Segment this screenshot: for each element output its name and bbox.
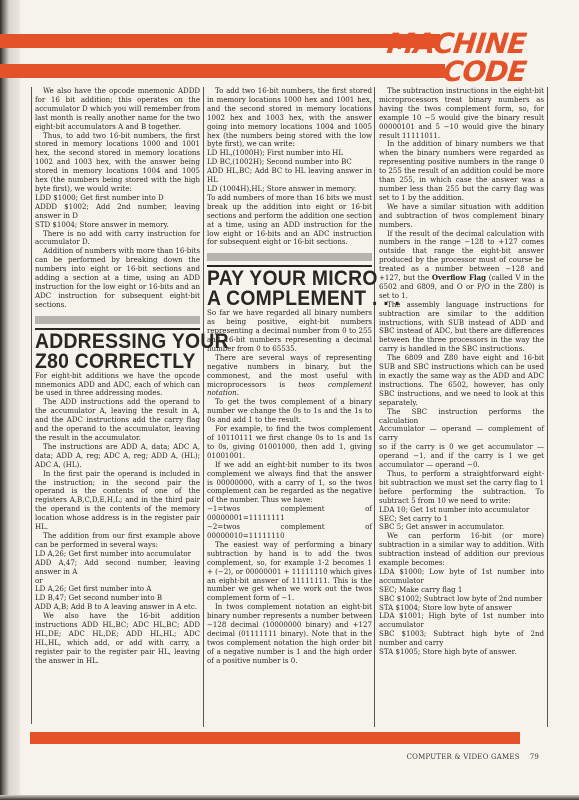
article-column-2: To add two 16-bit numbers, the first sto… — [207, 87, 372, 666]
body-paragraph: To add two 16-bit numbers, the first sto… — [207, 87, 372, 149]
code-line: Accumulator — operand — complement of ca… — [379, 425, 544, 443]
headline-addressing: ADDRESSING YOUR — [35, 332, 187, 352]
body-paragraph: The assembly language instructions for s… — [379, 301, 544, 354]
body-paragraph: Thus, to add two 16-bit numbers, the fir… — [35, 132, 200, 194]
article-column-3: The subtraction instructions in the eigh… — [379, 87, 544, 657]
headline-a-complement: A COMPLEMENT . . . — [207, 289, 359, 309]
headline-grey-bar — [35, 316, 200, 324]
code-line: so if the carry is 0 we get accumulator … — [379, 443, 544, 470]
footer-stripe — [30, 732, 520, 744]
code-line: LDA $1001; High byte of 1st number into … — [379, 612, 544, 630]
magazine-name: COMPUTER & VIDEO GAMES — [407, 753, 520, 761]
body-paragraph: To get the twos complement of a binary n… — [207, 398, 372, 425]
body-paragraph: The addition from our first example abov… — [35, 532, 200, 550]
body-paragraph: In the first pair the operand is include… — [35, 470, 200, 532]
code-line: STA $1005; Store high byte of answer. — [379, 648, 544, 657]
page-footer: COMPUTER & VIDEO GAMES79 — [407, 753, 539, 761]
page-number: 79 — [530, 753, 539, 761]
body-paragraph: The ADD instructions add the operand to … — [35, 398, 200, 443]
page-binding-gutter — [0, 0, 20, 800]
body-paragraph: The easiest way of performing a binary s… — [207, 541, 372, 603]
body-paragraph: We also have the 16-bit addition instruc… — [35, 612, 200, 665]
body-paragraph: Addition of numbers with more than 16-bi… — [35, 247, 200, 309]
body-paragraph: We also have the opcode mnemonic ADDD fo… — [35, 87, 200, 132]
body-paragraph: If the result of the decimal calculation… — [379, 230, 544, 301]
headline-pay-your-micro: PAY YOUR MICRO — [207, 269, 359, 289]
code-line: SBC $1003; Subtract high byte of 2nd num… — [379, 630, 544, 648]
body-paragraph: The 6809 and Z80 have eight and 16-bit S… — [379, 354, 544, 407]
body-paragraph: The SBC instruction performs the calcula… — [379, 408, 544, 426]
headline-z80: Z80 CORRECTLY — [35, 352, 187, 372]
column-rule — [547, 87, 548, 727]
code-line: −1=twos complement of 00000001=11111111 — [207, 505, 372, 523]
page-edge-shadow — [0, 795, 579, 800]
section-title-code: CODE — [442, 58, 528, 86]
code-line: ADD HL,BC; Add BC to HL leaving answer i… — [207, 167, 372, 185]
header-stripe-bottom — [0, 64, 445, 78]
body-paragraph: The subtraction instructions in the eigh… — [379, 87, 544, 140]
section-title-machine: MACHINE — [386, 30, 528, 58]
headline-grey-bar — [207, 253, 372, 261]
body-paragraph: In the addition of binary numbers we tha… — [379, 140, 544, 202]
body-paragraph: If we add an eight-bit number to its two… — [207, 461, 372, 506]
body-paragraph: There are several ways of representing n… — [207, 354, 372, 399]
header-stripe-top — [0, 34, 440, 48]
body-paragraph: The instructions are ADD A, data; ADC A,… — [35, 443, 200, 470]
body-paragraph: To add numbers of more than 16 bits we m… — [207, 194, 372, 247]
body-paragraph: Thus, to perform a straightforward eight… — [379, 470, 544, 506]
text-span: . — [237, 388, 239, 397]
body-paragraph: We can perform 16-bit (or more) subtract… — [379, 532, 544, 568]
lead-paragraph: For eight-bit additions we have the opco… — [35, 372, 200, 399]
body-paragraph: We have a similar situation with additio… — [379, 203, 544, 230]
body-paragraph: In twos complement notation an eight-bit… — [207, 603, 372, 665]
code-line: −2=twos complement of 00000010=11111110 — [207, 523, 372, 541]
article-column-1: We also have the opcode mnemonic ADDD fo… — [35, 87, 200, 666]
body-paragraph: There is no add with carry instruction f… — [35, 230, 200, 248]
column-rule — [31, 87, 32, 724]
column-rule — [203, 87, 204, 727]
code-line: LDA $1000; Low byte of 1st number into a… — [379, 568, 544, 586]
body-paragraph: For example, to find the twos complement… — [207, 425, 372, 461]
lead-paragraph: So far we have regarded all binary numbe… — [207, 309, 372, 354]
bold-term: Overflow Flag — [432, 273, 486, 282]
code-line: ADD A,47; Add second number, leaving ans… — [35, 559, 200, 577]
code-line: ADDD $1002; Add 2nd number, leaving answ… — [35, 203, 200, 221]
column-rule — [374, 87, 375, 727]
